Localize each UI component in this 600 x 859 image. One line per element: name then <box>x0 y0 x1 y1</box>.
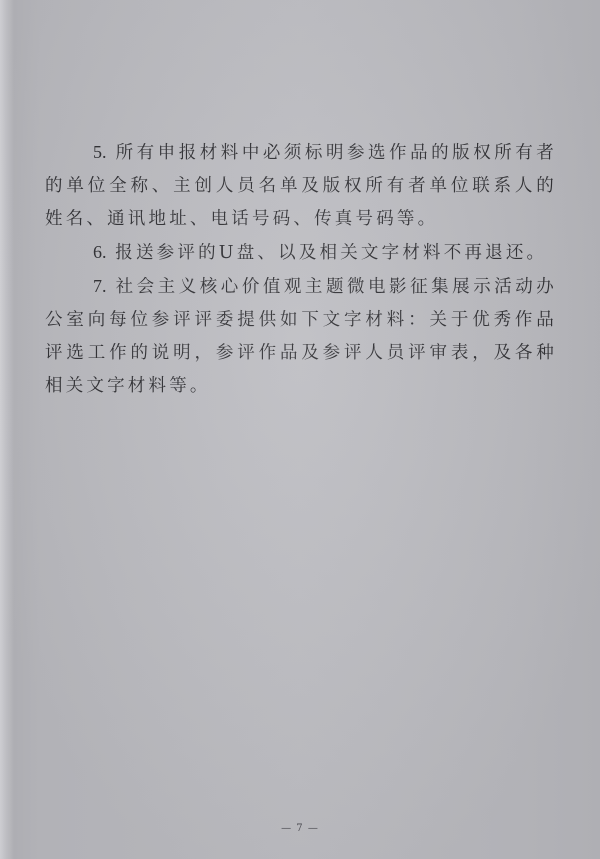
item-number: 6. <box>93 242 107 262</box>
paragraph-item-7: 7. 社会主义核心价值观主题微电影征集展示活动办公室向每位参评评委提供如下文字材… <box>45 270 557 403</box>
paragraph-text: 报送参评的U盘、以及相关文字材料不再退还。 <box>115 243 547 263</box>
paragraph-text: 所有申报材料中必须标明参选作品的版权所有者的单位全称、主创人员名单及版权所有者单… <box>45 143 557 229</box>
item-number: 5. <box>93 142 107 162</box>
item-number: 7. <box>93 276 107 296</box>
paragraph-item-6: 6. 报送参评的U盘、以及相关文字材料不再退还。 <box>45 236 557 270</box>
paragraph-text: 社会主义核心价值观主题微电影征集展示活动办公室向每位参评评委提供如下文字材料：关… <box>45 277 557 396</box>
page-number: — 7 — <box>0 823 600 834</box>
document-page: 5. 所有申报材料中必须标明参选作品的版权所有者的单位全称、主创人员名单及版权所… <box>0 0 600 859</box>
paragraph-item-5: 5. 所有申报材料中必须标明参选作品的版权所有者的单位全称、主创人员名单及版权所… <box>45 136 557 236</box>
document-body: 5. 所有申报材料中必须标明参选作品的版权所有者的单位全称、主创人员名单及版权所… <box>45 136 557 403</box>
